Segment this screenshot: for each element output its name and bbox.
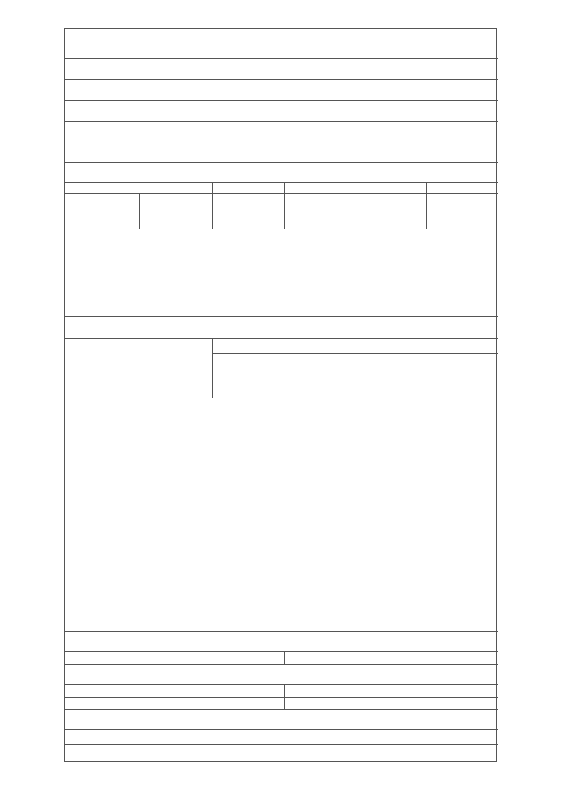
fast-freeze-label	[65, 652, 284, 664]
light-type-label	[65, 685, 284, 697]
compartment-type-header	[65, 339, 212, 398]
more-info-section	[65, 729, 498, 744]
more-info-url-row	[65, 744, 498, 762]
model-id-row	[65, 100, 498, 121]
total-volume-value	[426, 194, 498, 229]
fast-freeze-value	[284, 652, 498, 664]
supplier-name-row	[65, 58, 498, 79]
general-params-section	[65, 162, 498, 182]
light-type-row	[65, 684, 498, 697]
compartments-header	[65, 338, 498, 398]
light-class-value	[284, 698, 498, 709]
compartment-params-group-header	[212, 339, 498, 354]
param-header-2	[284, 183, 426, 193]
dimensions-block	[65, 193, 498, 229]
category-section	[65, 121, 498, 142]
light-source-section	[65, 664, 498, 684]
supplier-address-row	[65, 79, 498, 100]
value-header	[212, 183, 284, 193]
compartments-section	[65, 316, 498, 338]
light-class-row	[65, 697, 498, 709]
four-star-section	[65, 631, 498, 651]
light-class-label	[65, 698, 284, 709]
fast-freeze-row	[65, 651, 498, 664]
value-header-2	[426, 183, 498, 193]
dimensions-label	[65, 194, 139, 229]
title-block	[65, 29, 498, 58]
light-source-label	[284, 685, 498, 697]
warranty-row	[65, 709, 498, 729]
total-volume-label	[284, 194, 426, 229]
param-header	[65, 183, 212, 193]
general-params-header	[65, 182, 498, 193]
product-information-sheet	[64, 28, 497, 762]
